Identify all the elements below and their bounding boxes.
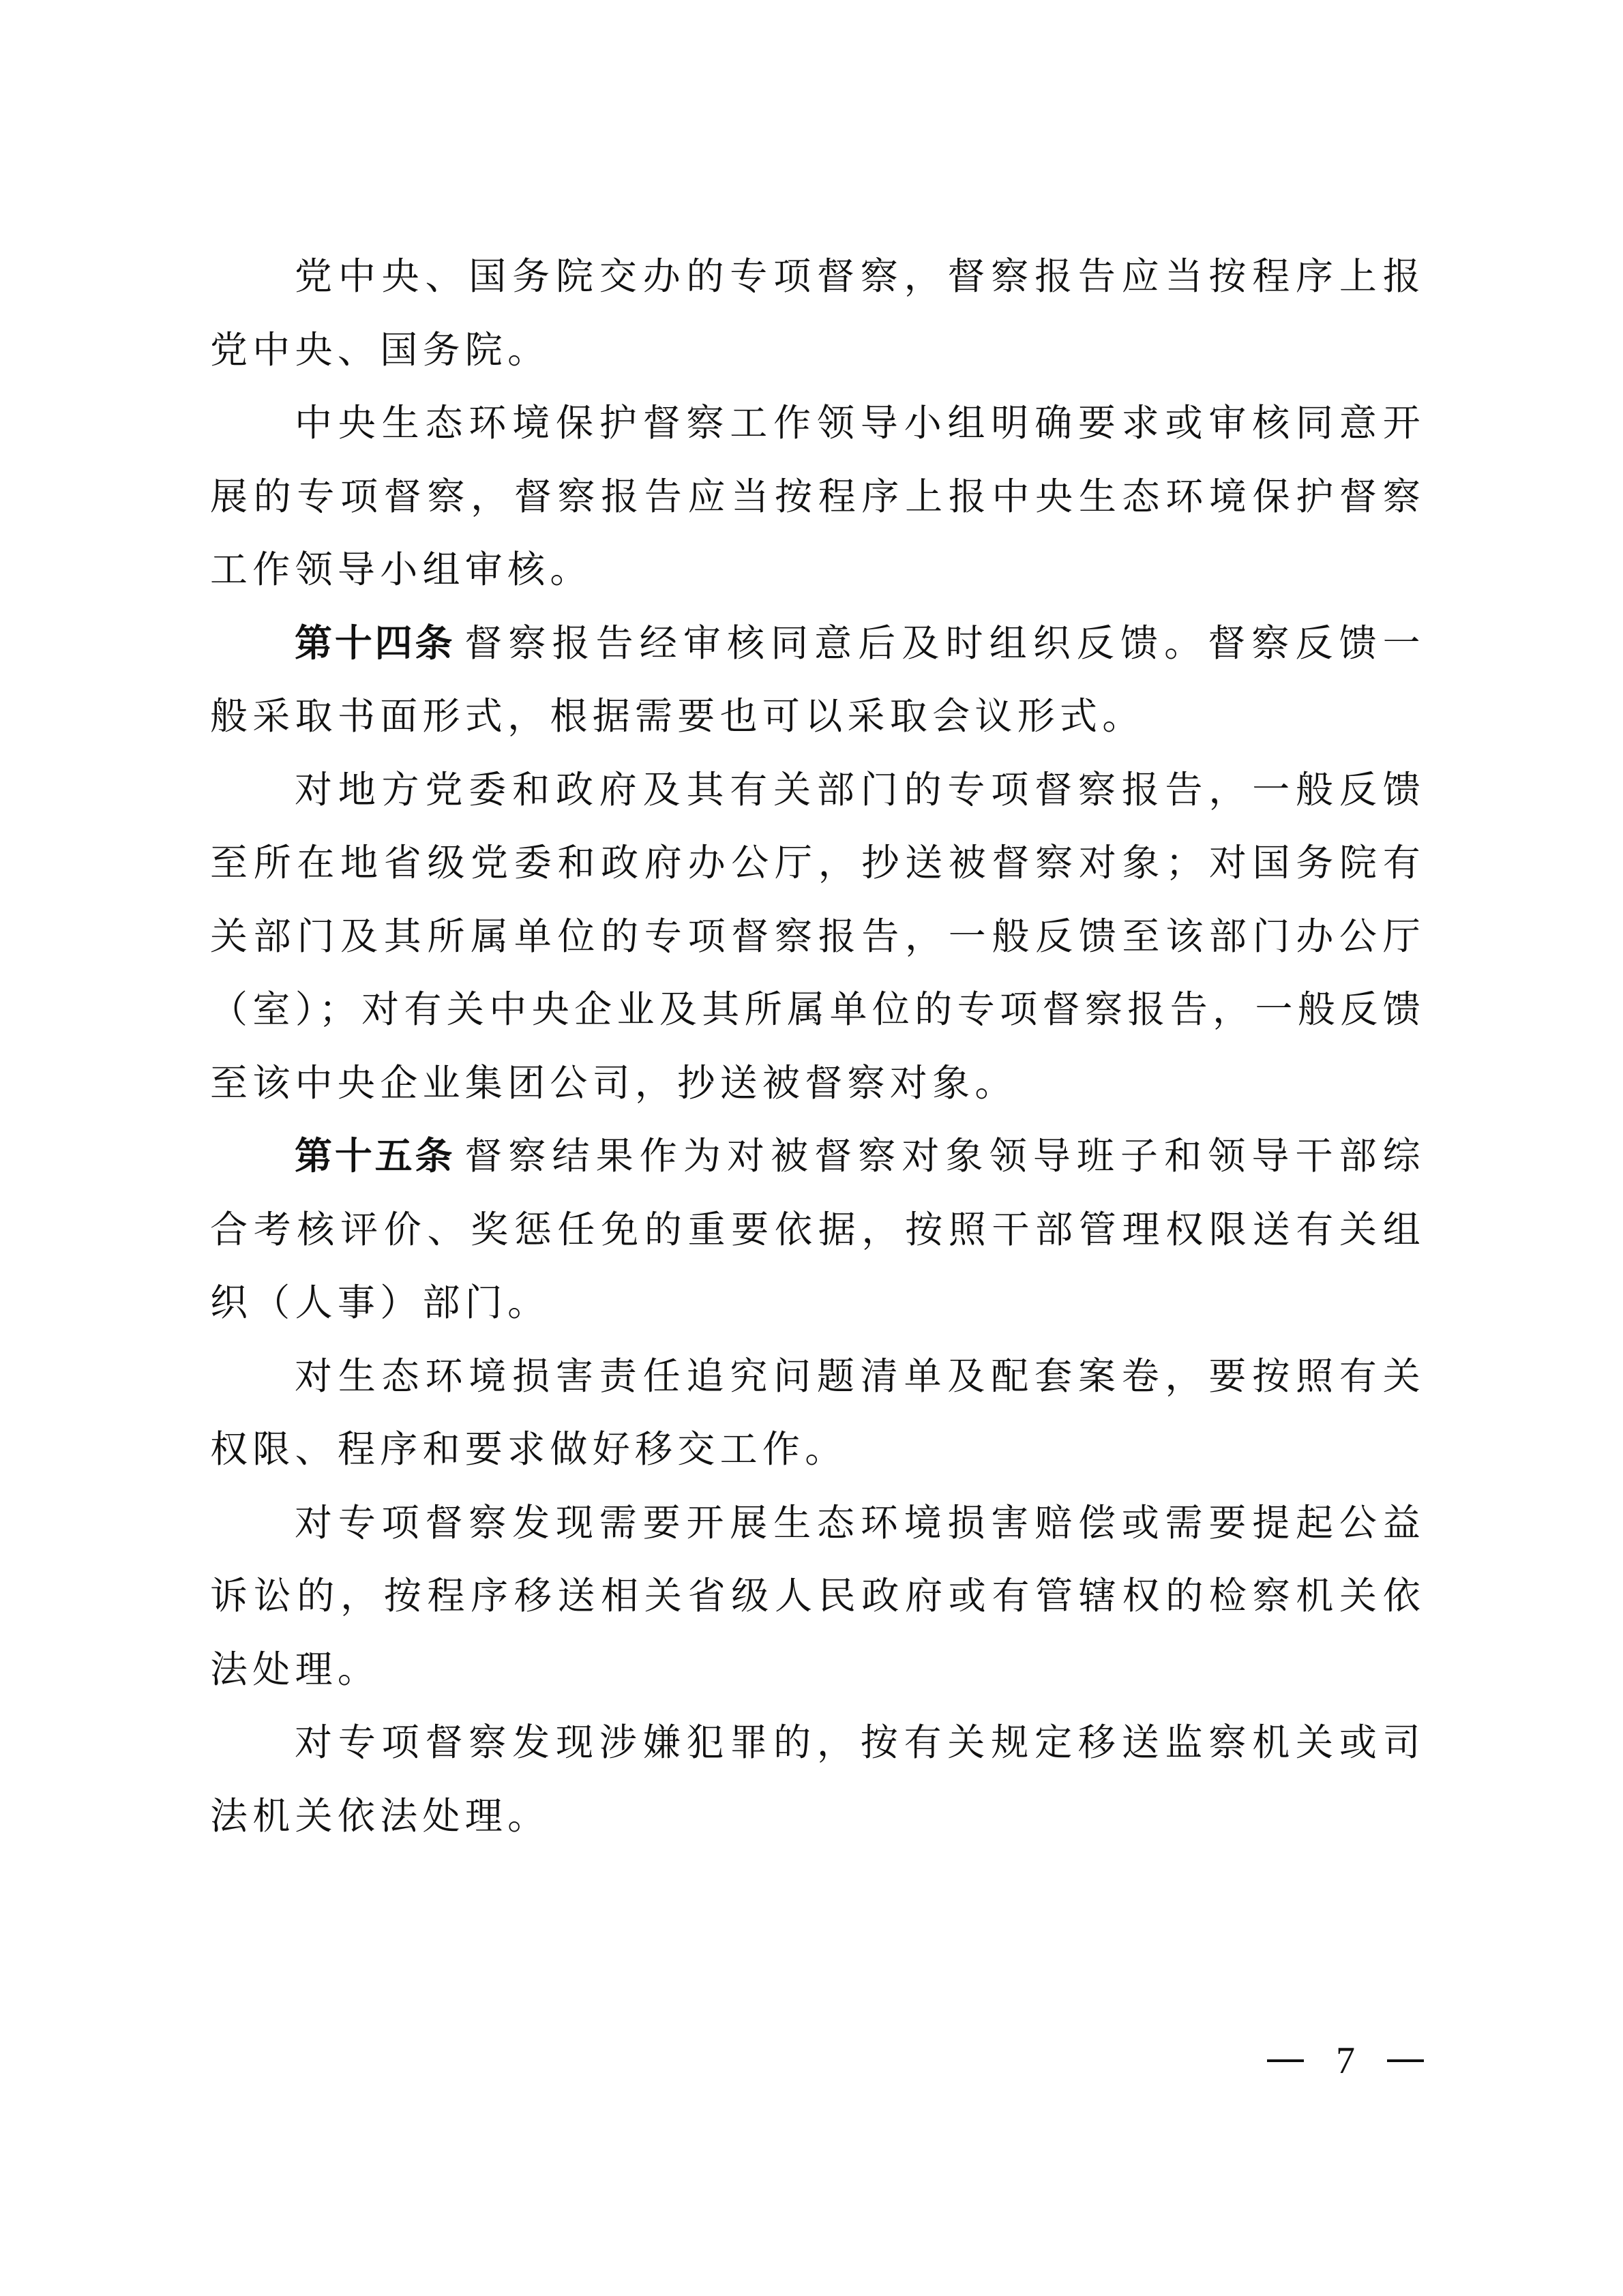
paragraph-report-to-central: 党中央、国务院交办的专项督察，督察报告应当按程序上报党中央、国务院。 <box>210 240 1425 387</box>
article-label: 第十四条 <box>295 621 455 665</box>
paragraph-feedback-recipients: 对地方党委和政府及其有关部门的专项督察报告，一般反馈至所在地省级党委和政府办公厅… <box>210 754 1425 1120</box>
paragraph-accountability-transfer: 对生态环境损害责任追究问题清单及配套案卷，要按照有关权限、程序和要求做好移交工作… <box>210 1340 1425 1487</box>
document-page: 党中央、国务院交办的专项督察，督察报告应当按程序上报党中央、国务院。 中央生态环… <box>0 0 1623 2296</box>
paragraph-damage-compensation: 对专项督察发现需要开展生态环境损害赔偿或需要提起公益诉讼的，按程序移送相关省级人… <box>210 1487 1425 1707</box>
page-number: 7 <box>1336 2039 1355 2083</box>
paragraph-text: 党中央、国务院交办的专项督察，督察报告应当按程序上报党中央、国务院。 <box>210 254 1425 372</box>
dash-left-decoration <box>1267 2059 1304 2062</box>
paragraph-text: 对地方党委和政府及其有关部门的专项督察报告，一般反馈至所在地省级党委和政府办公厅… <box>210 768 1425 1105</box>
article-15: 第十五条督察结果作为对被督察对象领导班子和领导干部综合考核评价、奖惩任免的重要依… <box>210 1120 1425 1340</box>
dash-right-decoration <box>1387 2059 1424 2062</box>
paragraph-report-to-leading-group: 中央生态环境保护督察工作领导小组明确要求或审核同意开展的专项督察，督察报告应当按… <box>210 387 1425 607</box>
page-number-footer: 7 <box>1267 2039 1424 2083</box>
paragraph-criminal-transfer: 对专项督察发现涉嫌犯罪的，按有关规定移送监察机关或司法机关依法处理。 <box>210 1706 1425 1853</box>
paragraph-text: 中央生态环境保护督察工作领导小组明确要求或审核同意开展的专项督察，督察报告应当按… <box>210 401 1425 591</box>
paragraph-text: 对生态环境损害责任追究问题清单及配套案卷，要按照有关权限、程序和要求做好移交工作… <box>210 1354 1425 1472</box>
paragraph-text: 对专项督察发现需要开展生态环境损害赔偿或需要提起公益诉讼的，按程序移送相关省级人… <box>210 1501 1425 1691</box>
document-body: 党中央、国务院交办的专项督察，督察报告应当按程序上报党中央、国务院。 中央生态环… <box>210 240 1425 1853</box>
article-label: 第十五条 <box>295 1134 455 1178</box>
paragraph-text: 对专项督察发现涉嫌犯罪的，按有关规定移送监察机关或司法机关依法处理。 <box>210 1720 1425 1838</box>
article-14: 第十四条督察报告经审核同意后及时组织反馈。督察反馈一般采取书面形式，根据需要也可… <box>210 607 1425 754</box>
